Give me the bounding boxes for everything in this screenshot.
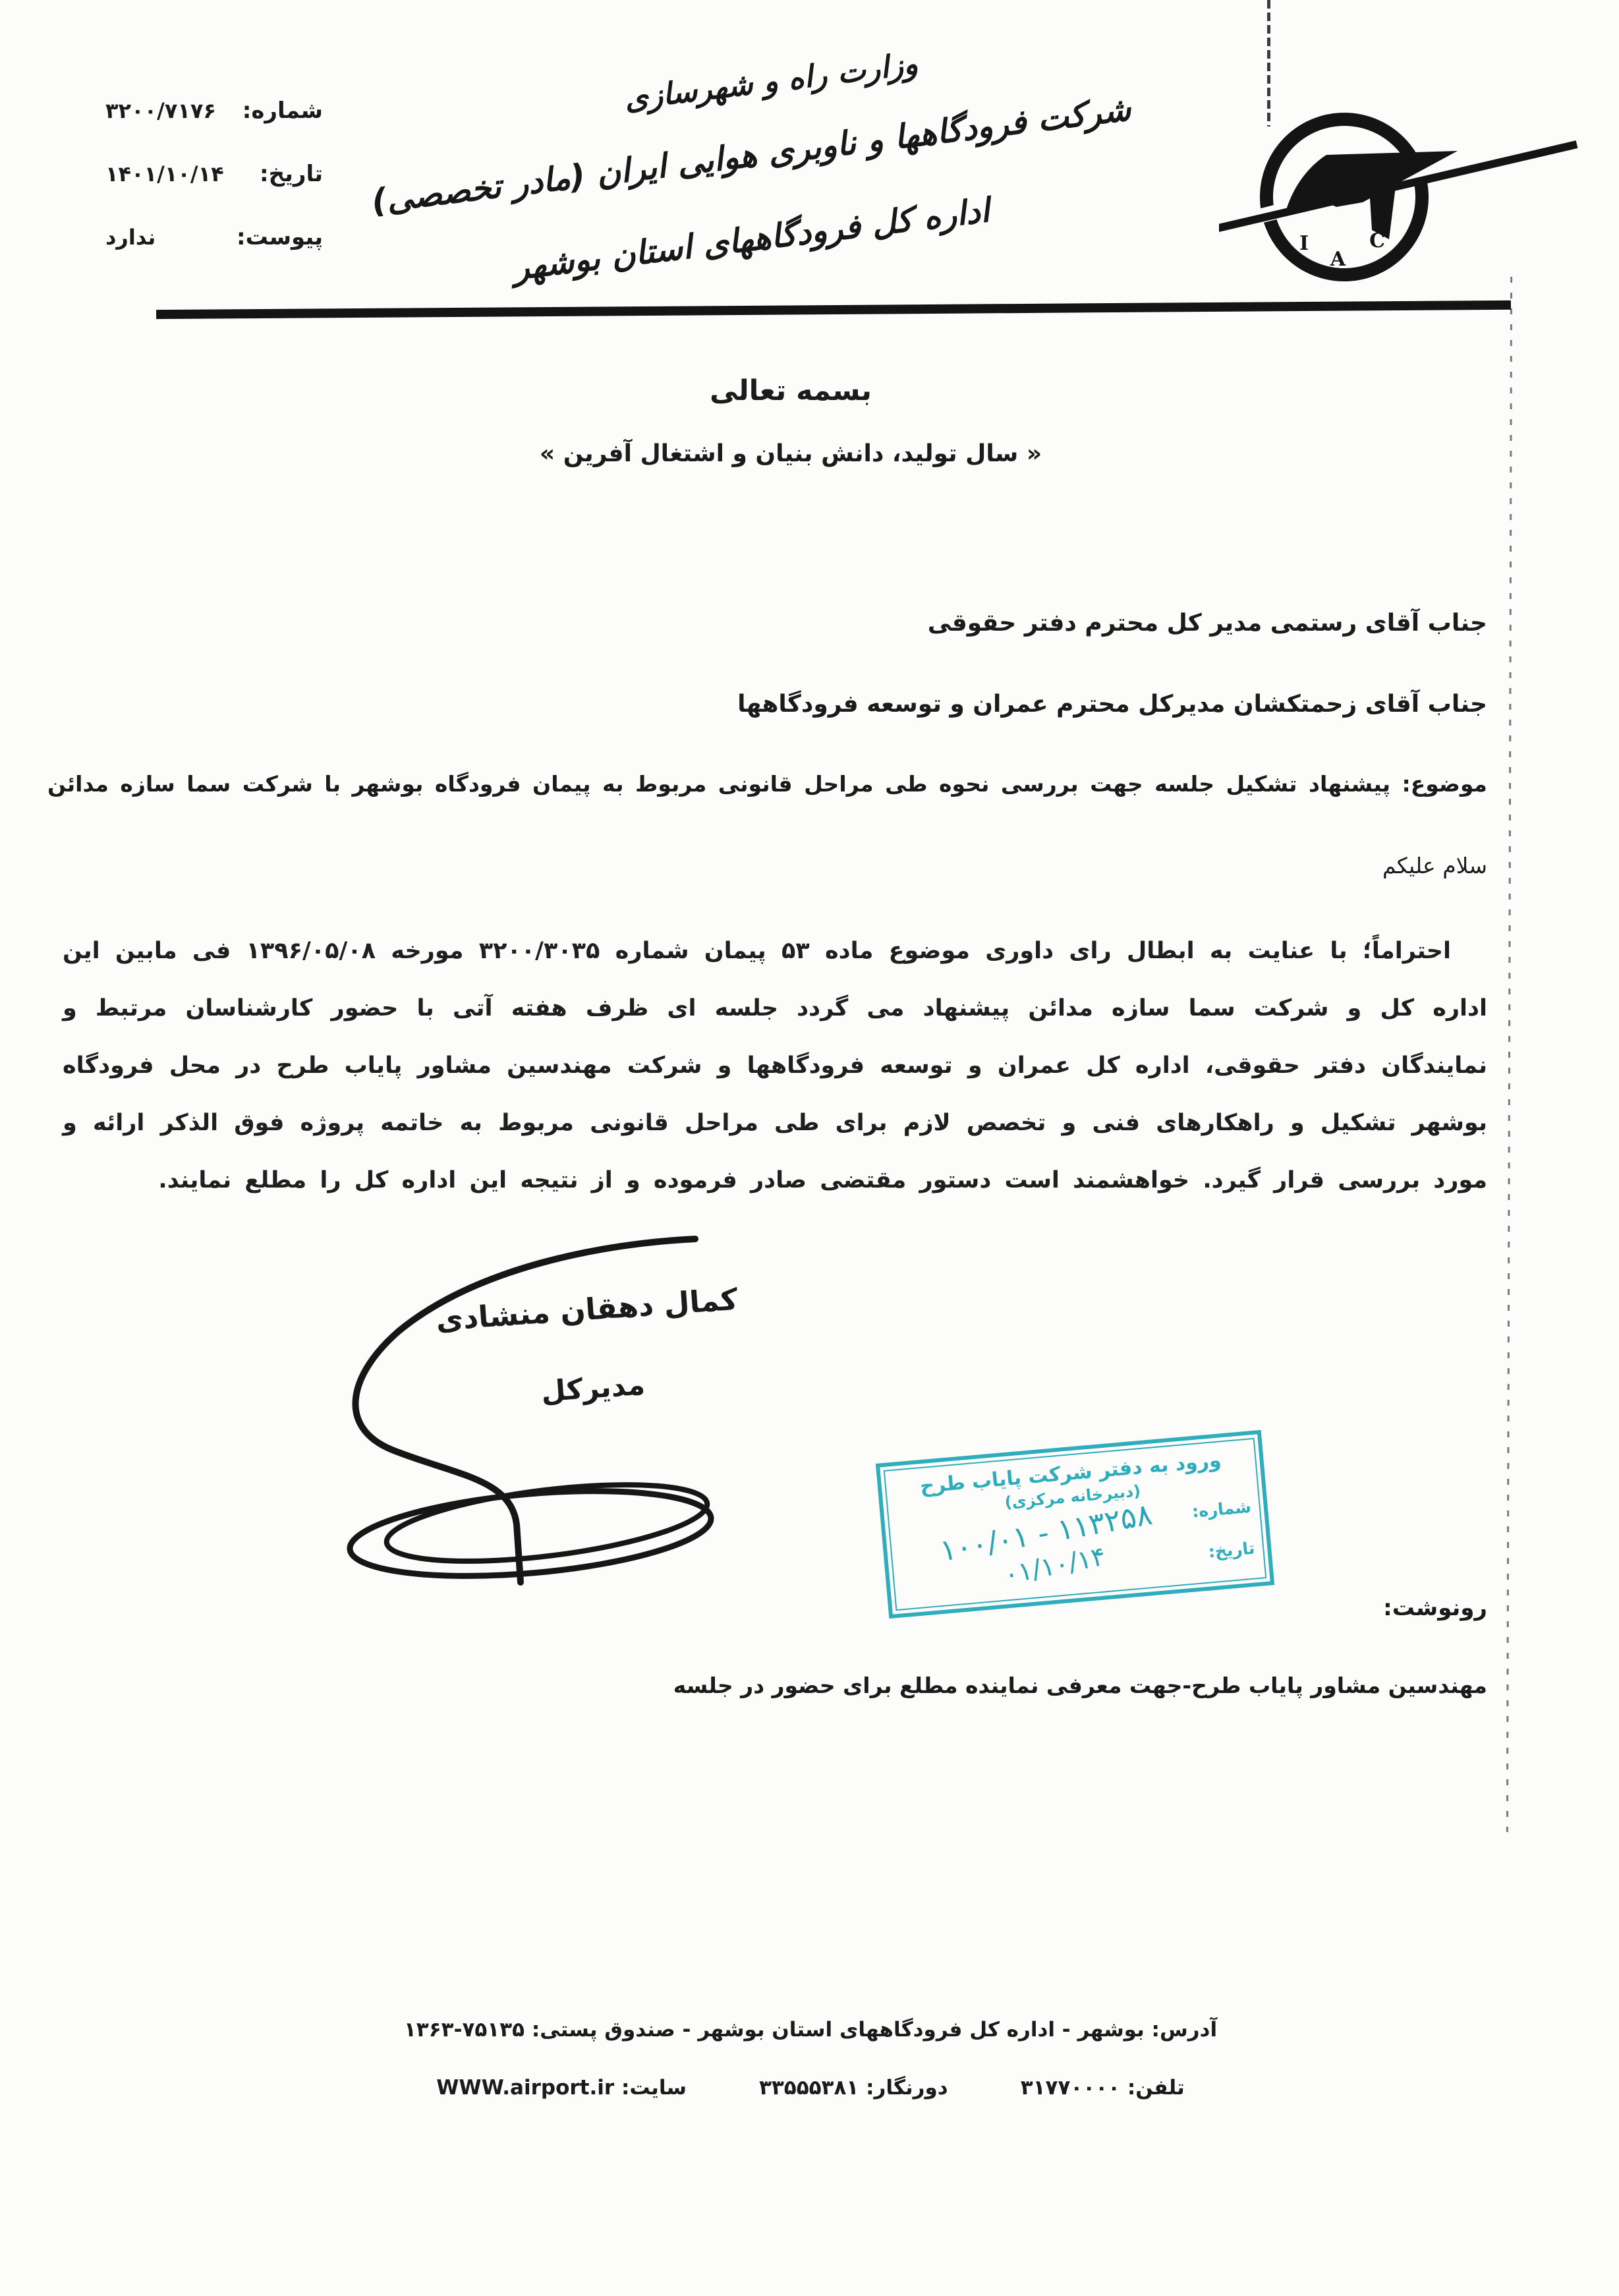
number-value: ۳۲۰۰/۷۱۷۶	[105, 98, 216, 123]
subject-line: موضوع: پیشنهاد تشکیل جلسه جهت بررسی نحوه…	[63, 771, 1487, 797]
scanned-letter-page: شماره: ۳۲۰۰/۷۱۷۶ تاریخ: ۱۴۰۱/۱۰/۱۴ پیوست…	[0, 0, 1619, 2296]
letterhead-office: اداره کل فرودگاههای استان بوشهر	[461, 185, 1042, 294]
stamp-number-label: شماره:	[1191, 1497, 1252, 1522]
footer-contacts: تلفن: ۳۱۷۷۰۰۰۰ دورنگار: ۳۳۵۵۵۳۸۱ سایت: W…	[185, 2076, 1436, 2100]
stamp-date-label: تاریخ:	[1208, 1538, 1256, 1561]
footer-fax: دورنگار: ۳۳۵۵۵۳۸۱	[759, 2076, 948, 2100]
cc-item: مهندسین مشاور پایاب طرح-جهت معرفی نمایند…	[63, 1673, 1487, 1698]
date-value: ۱۴۰۱/۱۰/۱۴	[105, 161, 224, 187]
number-label: شماره:	[242, 98, 323, 124]
footer-site: سایت: WWW.airport.ir	[436, 2076, 687, 2100]
cc-label: رونوشت:	[63, 1595, 1487, 1621]
salutation-line: سلام علیکم	[63, 853, 1487, 878]
recipient-legal-office: جناب آقای رستمی مدیر کل محترم دفتر حقوقی	[63, 610, 1487, 637]
year-slogan-line: « سال تولید، دانش بنیان و اشتغال آفرین »	[0, 440, 1581, 467]
entry-stamp: ورود به دفتر شرکت پایاب طرح (دبیرخانه مر…	[876, 1430, 1274, 1619]
airports-company-logo-icon: I A C	[1219, 89, 1588, 316]
footer-phone: تلفن: ۳۱۷۷۰۰۰۰	[1021, 2076, 1185, 2100]
entry-stamp-inner-border: ورود به دفتر شرکت پایاب طرح (دبیرخانه مر…	[884, 1438, 1267, 1611]
recipient-development-office: جناب آقای زحمتکشان مدیرکل محترم عمران و …	[63, 691, 1487, 718]
meta-row-number: شماره: ۳۲۰۰/۷۱۷۶	[105, 98, 323, 124]
meta-row-attachment: پیوست: ندارد	[105, 224, 323, 250]
logo-letter-c: C	[1369, 229, 1385, 252]
besmele-line: بسمه تعالی	[0, 374, 1581, 407]
letter-body: احتراماً؛ با عنایت به ابطال رای داوری مو…	[63, 923, 1487, 1209]
logo-letter-a: A	[1330, 248, 1346, 271]
date-label: تاریخ:	[260, 161, 323, 187]
meta-row-date: تاریخ: ۱۴۰۱/۱۰/۱۴	[105, 161, 323, 187]
attachment-label: پیوست:	[237, 224, 323, 250]
logo-letter-i: I	[1299, 232, 1309, 255]
letter-meta-block: شماره: ۳۲۰۰/۷۱۷۶ تاریخ: ۱۴۰۱/۱۰/۱۴ پیوست…	[105, 98, 323, 287]
scan-dashed-edge	[1506, 277, 1512, 1832]
footer-address: آدرس: بوشهر - اداره کل فرودگاههای استان …	[185, 2018, 1436, 2042]
attachment-value: ندارد	[105, 225, 156, 250]
letterhead-ministry: وزارت راه و شهرسازی	[566, 38, 976, 123]
